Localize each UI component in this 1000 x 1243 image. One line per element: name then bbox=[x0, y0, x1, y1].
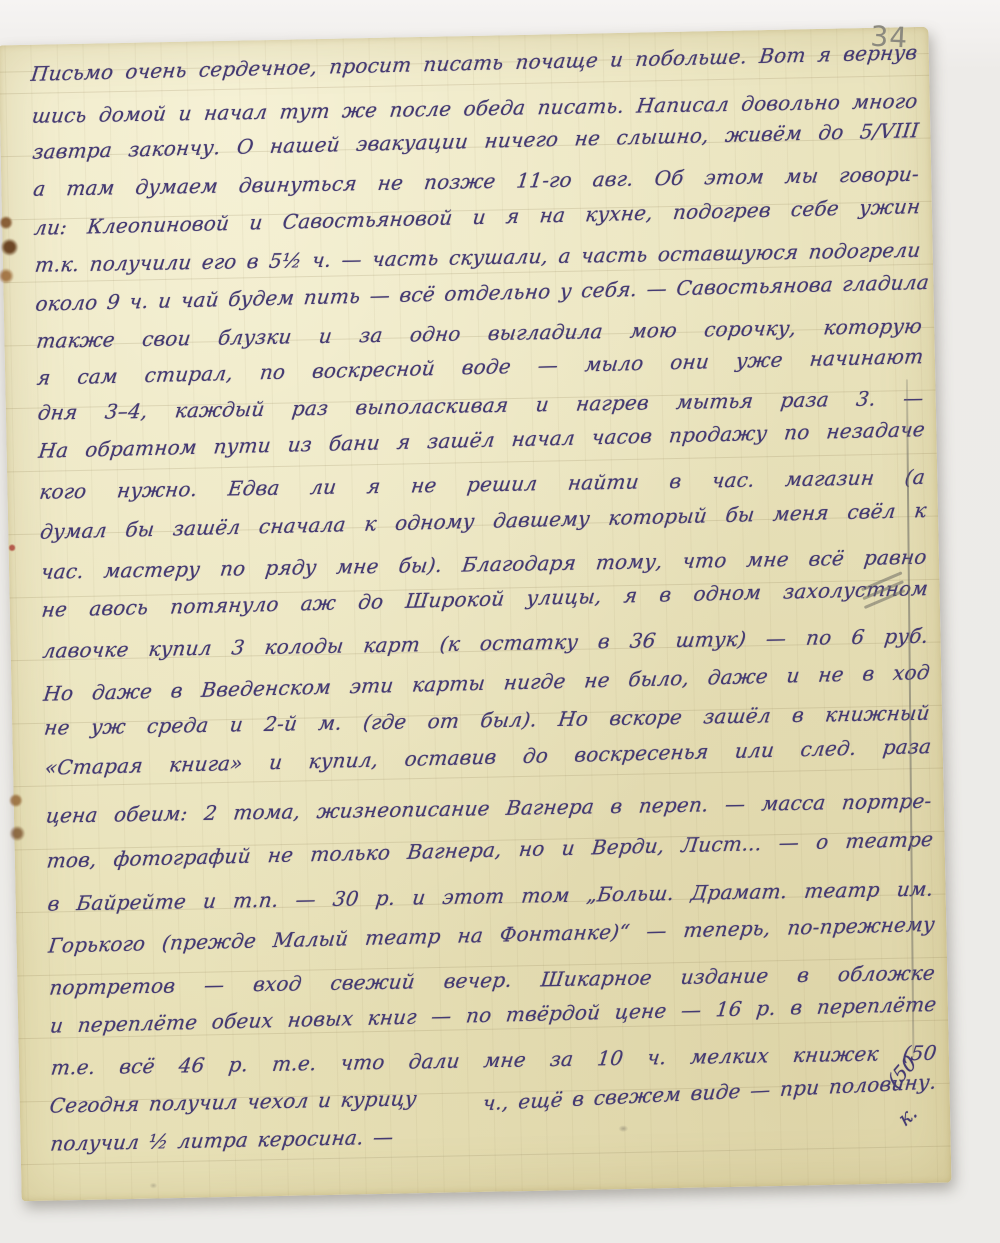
handwriting-segment-right: ч., ещё в свежем виде — при половину. bbox=[481, 1066, 937, 1118]
letter-page: 34 Письмо очень сердечное, просит писать… bbox=[0, 27, 952, 1201]
handwriting-text: Письмо очень сердечное, просит писать по… bbox=[0, 27, 952, 1201]
scan-background: 34 Письмо очень сердечное, просит писать… bbox=[0, 0, 1000, 1243]
handwriting-line: цена обеим: 2 тома, жизнеописание Вагнер… bbox=[44, 786, 933, 831]
handwriting-last-line: получил ½ литра керосина. — bbox=[49, 1122, 396, 1159]
handwriting-line: Горького (прежде Малый театр на Фонтанке… bbox=[47, 909, 937, 961]
handwriting-segment-left: Сегодня получил чехол и курицу bbox=[48, 1083, 419, 1120]
handwriting-line: тов, фотографий не только Вагнера, но и … bbox=[45, 824, 935, 876]
handwriting-line: Письмо очень сердечное, просит писать по… bbox=[29, 37, 919, 89]
handwriting-line: лавочке купил 3 колоды карт (к остатку в… bbox=[41, 621, 930, 666]
